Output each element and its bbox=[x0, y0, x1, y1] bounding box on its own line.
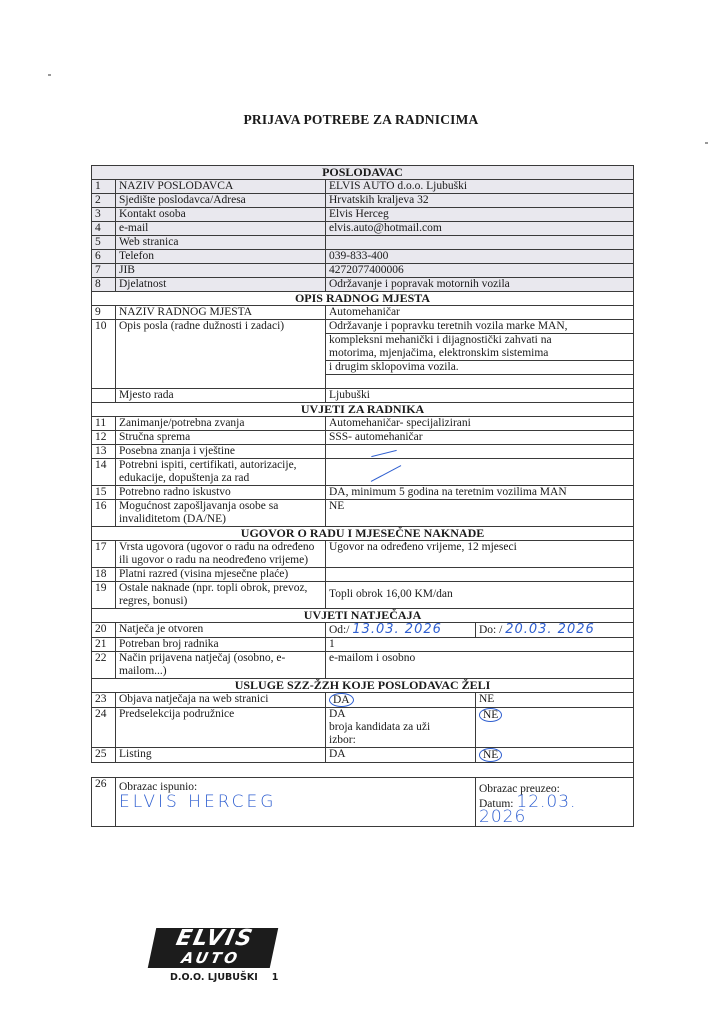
occupation-field[interactable]: Automehaničar- specijalizirani bbox=[326, 417, 634, 431]
table-row: 10 Opis posla (radne dužnosti i zadaci) … bbox=[92, 320, 634, 334]
employer-name-field[interactable]: ELVIS AUTO d.o.o. Ljubuški bbox=[326, 180, 634, 194]
field-label: Vrsta ugovora (ugovor o radu na određeno… bbox=[116, 541, 326, 568]
other-benefits-field[interactable]: Topli obrok 16,00 KM/dan bbox=[326, 582, 634, 609]
table-row: Mjesto rada Ljubuški bbox=[92, 389, 634, 403]
circled-ne-option[interactable]: NE bbox=[479, 748, 502, 762]
open-to-field[interactable]: Do: / 20.03. 2026 bbox=[476, 623, 634, 638]
activity-field[interactable]: Održavanje i popravak motornih vozila bbox=[326, 278, 634, 292]
stamp-subtitle: D.O.O. LJUBUŠKI1 bbox=[170, 972, 300, 983]
section-competition: UVJETI NATJEČAJA bbox=[92, 609, 634, 623]
address-field[interactable]: Hrvatskih kraljeva 32 bbox=[326, 194, 634, 208]
job-description-line[interactable]: Održavanje i popravku teretnih vozila ma… bbox=[326, 320, 634, 334]
field-label: Mjesto rada bbox=[116, 389, 326, 403]
table-row: 5 Web stranica bbox=[92, 236, 634, 250]
job-description-line[interactable] bbox=[326, 375, 634, 389]
worker-count-field[interactable]: 1 bbox=[326, 638, 634, 652]
table-row: 20 Natječa je otvoren Od:/ 13.03. 2026 D… bbox=[92, 623, 634, 638]
option-ne[interactable]: NE bbox=[476, 748, 634, 763]
field-label: Potreban broj radnika bbox=[116, 638, 326, 652]
shortlist-count-label: broja kandidata za uži izbor: bbox=[329, 721, 459, 747]
field-label: Posebna znanja i vještine bbox=[116, 445, 326, 459]
benefits-value: Topli obrok 16,00 KM/dan bbox=[329, 582, 630, 601]
option-da[interactable]: DA bbox=[326, 748, 476, 763]
field-label: Zanimanje/potrebna zvanja bbox=[116, 417, 326, 431]
row-number: 23 bbox=[92, 693, 116, 708]
table-row: 2 Sjedište poslodavca/Adresa Hrvatskih k… bbox=[92, 194, 634, 208]
da-option[interactable]: DA bbox=[329, 748, 346, 760]
row-number: 3 bbox=[92, 208, 116, 222]
field-label: e-mail bbox=[116, 222, 326, 236]
row-number: 7 bbox=[92, 264, 116, 278]
jib-field[interactable]: 4272077400006 bbox=[326, 264, 634, 278]
special-skills-field[interactable] bbox=[326, 445, 634, 459]
row-number: 21 bbox=[92, 638, 116, 652]
section-contract: UGOVOR O RADU I MJESEČNE NAKNADE bbox=[92, 527, 634, 541]
field-label: Stručna sprema bbox=[116, 431, 326, 445]
page-title: PRIJAVA POTREBE ZA RADNICIMA bbox=[0, 112, 722, 128]
scan-speck bbox=[705, 142, 708, 144]
table-row: 7 JIB 4272077400006 bbox=[92, 264, 634, 278]
job-description-line[interactable]: i drugim sklopovima vozila. bbox=[326, 361, 634, 375]
row-number: 11 bbox=[92, 417, 116, 431]
da-option[interactable]: DA bbox=[329, 708, 472, 721]
field-label: Natječa je otvoren bbox=[116, 623, 326, 638]
table-row: 15 Potrebno radno iskustvo DA, minimum 5… bbox=[92, 486, 634, 500]
job-description-line[interactable]: motorima, mjenjačima, elektronskim siste… bbox=[326, 347, 634, 361]
form-table: POSLODAVAC 1 NAZIV POSLODAVCA ELVIS AUTO… bbox=[91, 165, 634, 827]
field-label: Web stranica bbox=[116, 236, 326, 250]
application-form: POSLODAVAC 1 NAZIV POSLODAVCA ELVIS AUTO… bbox=[91, 165, 633, 827]
field-label: JIB bbox=[116, 264, 326, 278]
row-number: 1 bbox=[92, 180, 116, 194]
contact-person-field[interactable]: Elvis Herceg bbox=[326, 208, 634, 222]
stamp-company: D.O.O. LJUBUŠKI bbox=[170, 972, 258, 983]
job-description-line[interactable]: kompleksni mehanički i dijagnostički zah… bbox=[326, 334, 634, 348]
ne-option[interactable]: NE bbox=[479, 693, 494, 705]
table-row: 13 Posebna znanja i vještine bbox=[92, 445, 634, 459]
row-number: 19 bbox=[92, 582, 116, 609]
table-row: 1 NAZIV POSLODAVCA ELVIS AUTO d.o.o. Lju… bbox=[92, 180, 634, 194]
table-row: 12 Stručna sprema SSS- automehaničar bbox=[92, 431, 634, 445]
field-label: NAZIV POSLODAVCA bbox=[116, 180, 326, 194]
stamp-number: 1 bbox=[272, 972, 279, 983]
field-label: Mogućnost zapošljavanja osobe sa invalid… bbox=[116, 500, 326, 527]
table-row: 11 Zanimanje/potrebna zvanja Automehanič… bbox=[92, 417, 634, 431]
row-number: 22 bbox=[92, 652, 116, 679]
contract-type-field[interactable]: Ugovor na određeno vrijeme, 12 mjeseci bbox=[326, 541, 634, 568]
table-row: 21 Potreban broj radnika 1 bbox=[92, 638, 634, 652]
work-location-field[interactable]: Ljubuški bbox=[326, 389, 634, 403]
table-row: 6 Telefon 039-833-400 bbox=[92, 250, 634, 264]
row-number: 17 bbox=[92, 541, 116, 568]
row-number: 8 bbox=[92, 278, 116, 292]
option-ne[interactable]: NE bbox=[476, 693, 634, 708]
circled-ne-option[interactable]: NE bbox=[479, 708, 502, 722]
option-ne[interactable]: NE bbox=[476, 708, 634, 748]
field-label: Listing bbox=[116, 748, 326, 763]
salary-grade-field[interactable] bbox=[326, 568, 634, 582]
row-number: 16 bbox=[92, 500, 116, 527]
scan-speck bbox=[48, 74, 51, 76]
row-number: 6 bbox=[92, 250, 116, 264]
field-label: Ostale naknade (npr. topli obrok, prevoz… bbox=[116, 582, 326, 609]
company-stamp: ELVIS AUTO D.O.O. LJUBUŠKI1 bbox=[140, 928, 300, 983]
field-label: Telefon bbox=[116, 250, 326, 264]
disability-field[interactable]: NE bbox=[326, 500, 634, 527]
field-label: Potrebni ispiti, certifikati, autorizaci… bbox=[116, 459, 326, 486]
table-row: 16 Mogućnost zapošljavanja osobe sa inva… bbox=[92, 500, 634, 527]
table-row: 18 Platni razred (visina mjesečne plaće) bbox=[92, 568, 634, 582]
row-number: 12 bbox=[92, 431, 116, 445]
row-number: 13 bbox=[92, 445, 116, 459]
from-label: Od:/ bbox=[329, 624, 349, 636]
spacer-row bbox=[92, 763, 634, 778]
section-job-description: OPIS RADNOG MJESTA bbox=[92, 292, 634, 306]
table-row: 14 Potrebni ispiti, certifikati, autoriz… bbox=[92, 459, 634, 486]
to-date-value: 20.03. 2026 bbox=[505, 622, 595, 637]
option-da[interactable]: DA bbox=[326, 693, 476, 708]
field-label: Kontakt osoba bbox=[116, 208, 326, 222]
row-number: 10 bbox=[92, 320, 116, 389]
qualification-field[interactable]: SSS- automehaničar bbox=[326, 431, 634, 445]
field-label: Opis posla (radne dužnosti i zadaci) bbox=[116, 320, 326, 389]
table-row: 17 Vrsta ugovora (ugovor o radu na određ… bbox=[92, 541, 634, 568]
field-label: Način prijavena natječaj (osobno, e-mail… bbox=[116, 652, 326, 679]
row-number: 25 bbox=[92, 748, 116, 763]
table-row: 23 Objava natječaja na web stranici DA N… bbox=[92, 693, 634, 708]
field-label: Platni razred (visina mjesečne plaće) bbox=[116, 568, 326, 582]
filled-by-field[interactable]: ELVIS HERCEG bbox=[116, 796, 476, 827]
row-number: 24 bbox=[92, 708, 116, 748]
website-field[interactable] bbox=[326, 236, 634, 250]
from-date-value: 13.03. 2026 bbox=[352, 622, 442, 637]
table-row: 25 Listing DA NE bbox=[92, 748, 634, 763]
row-number: 5 bbox=[92, 236, 116, 250]
row-number: 18 bbox=[92, 568, 116, 582]
row-number: 14 bbox=[92, 459, 116, 486]
field-label: Objava natječaja na web stranici bbox=[116, 693, 326, 708]
filled-by-signature: ELVIS HERCEG bbox=[119, 792, 276, 812]
field-label: Predselekcija podružnice bbox=[116, 708, 326, 748]
dash-mark-icon bbox=[371, 450, 396, 457]
certificates-field[interactable] bbox=[326, 459, 634, 486]
field-label: Djelatnost bbox=[116, 278, 326, 292]
field-label: Sjedište poslodavca/Adresa bbox=[116, 194, 326, 208]
to-label: Do: / bbox=[479, 624, 502, 636]
row-number: 26 bbox=[92, 778, 116, 827]
table-row: 19 Ostale naknade (npr. topli obrok, pre… bbox=[92, 582, 634, 609]
field-label: Potrebno radno iskustvo bbox=[116, 486, 326, 500]
table-row: 22 Način prijavena natječaj (osobno, e-m… bbox=[92, 652, 634, 679]
table-row: 4 e-mail elvis.auto@hotmail.com bbox=[92, 222, 634, 236]
email-field[interactable]: elvis.auto@hotmail.com bbox=[326, 222, 634, 236]
application-method-field[interactable]: e-mailom i osobno bbox=[326, 652, 634, 679]
row-number: 20 bbox=[92, 623, 116, 638]
field-label: NAZIV RADNOG MJESTA bbox=[116, 306, 326, 320]
table-row: 3 Kontakt osoba Elvis Herceg bbox=[92, 208, 634, 222]
section-worker-conditions: UVJETI ZA RADNIKA bbox=[92, 403, 634, 417]
section-employer: POSLODAVAC bbox=[92, 166, 634, 180]
dash-mark-icon bbox=[371, 465, 401, 482]
stamp-logo: ELVIS AUTO bbox=[148, 928, 279, 968]
open-from-field[interactable]: Od:/ 13.03. 2026 bbox=[326, 623, 476, 638]
row-number: 15 bbox=[92, 486, 116, 500]
table-row: 9 NAZIV RADNOG MJESTA Automehaničar bbox=[92, 306, 634, 320]
stamp-line1: ELVIS bbox=[152, 928, 279, 950]
circled-da-option[interactable]: DA bbox=[329, 693, 354, 707]
stamp-line2: AUTO bbox=[148, 950, 273, 966]
row-number: 9 bbox=[92, 306, 116, 320]
row-number: 4 bbox=[92, 222, 116, 236]
job-title-field[interactable]: Automehaničar bbox=[326, 306, 634, 320]
row-number bbox=[92, 389, 116, 403]
table-row: 8 Djelatnost Održavanje i popravak motor… bbox=[92, 278, 634, 292]
date-field[interactable]: Datum: 12.03. 2026 bbox=[476, 796, 634, 827]
option-da[interactable]: DA broja kandidata za uži izbor: bbox=[326, 708, 476, 748]
row-number: 2 bbox=[92, 194, 116, 208]
experience-field[interactable]: DA, minimum 5 godina na teretnim vozilim… bbox=[326, 486, 634, 500]
section-services: USLUGE SZZ-ŽZH KOJE POSLODAVAC ŽELI bbox=[92, 679, 634, 693]
phone-field[interactable]: 039-833-400 bbox=[326, 250, 634, 264]
table-row: 24 Predselekcija podružnice DA broja kan… bbox=[92, 708, 634, 748]
